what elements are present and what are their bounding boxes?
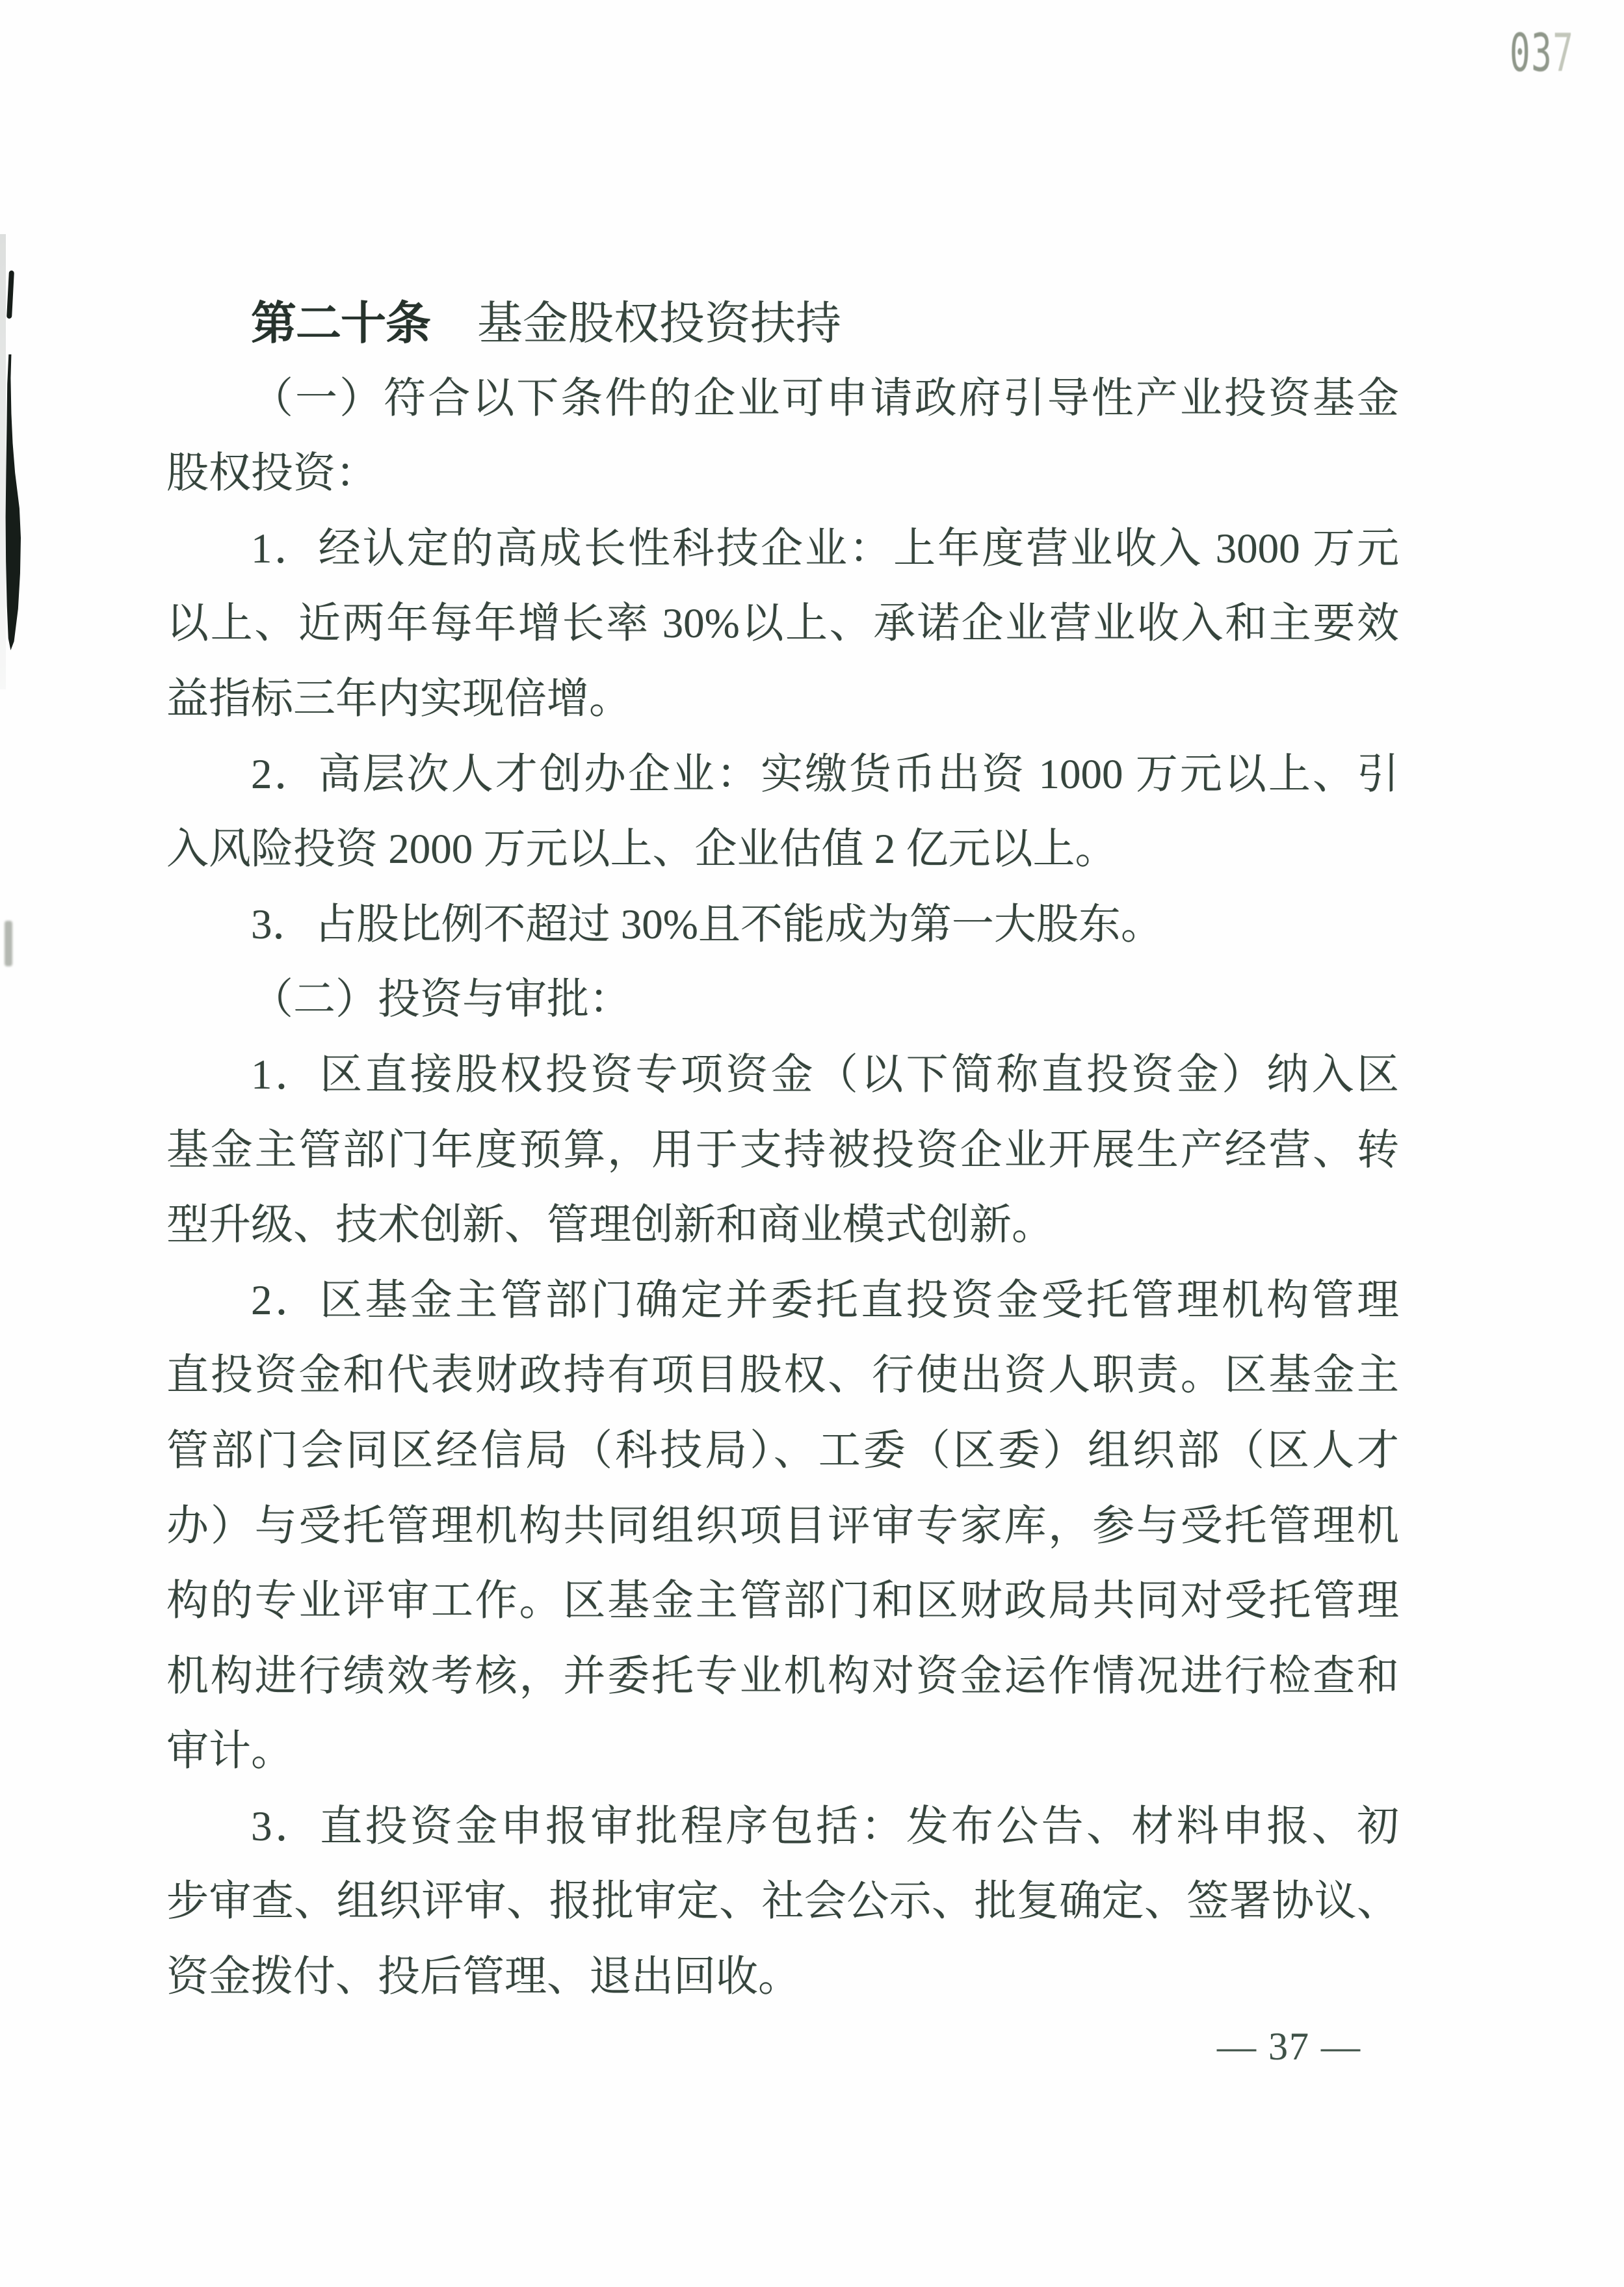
document-line: 步审查、组织评审、报批审定、社会公示、批复确定、签署协议、 [166,1864,1399,1940]
scan-artifact-dash [7,271,14,319]
document-line: （二）投资与审批： [166,962,1399,1038]
document-line: 股权投资： [166,436,1399,512]
article-number: 第二十条 [251,298,430,349]
article-title: 第二十条基金股权投资扶持 [166,286,1399,362]
page-number: — 37 — [1217,2024,1361,2069]
document-line: 管部门会同区经信局（科技局）、工委（区委）组织部（区人才 [166,1414,1399,1489]
document-line: 资金拨付、投后管理、退出回收。 [166,1940,1399,2015]
scan-edge-smear [0,234,6,689]
scan-artifact-blob [4,354,21,650]
document-line: 入风险投资 2000 万元以上、企业估值 2 亿元以上。 [166,812,1399,888]
document-line: 3．直投资金申报审批程序包括：发布公告、材料申报、初 [166,1790,1399,1865]
document-line: 构的专业评审工作。区基金主管部门和区财政局共同对受托管理 [166,1564,1399,1639]
document-line: 以上、近两年每年增长率 30%以上、承诺企业营业收入和主要效 [166,587,1399,662]
document-line: 2．区基金主管部门确定并委托直投资金受托管理机构管理 [166,1263,1399,1339]
document-body: （一）符合以下条件的企业可申请政府引导性产业投资基金股权投资：1．经认定的高成长… [166,362,1399,2015]
document-line: 直投资金和代表财政持有项目股权、行使出资人职责。区基金主 [166,1338,1399,1414]
document-line: 益指标三年内实现倍增。 [166,662,1399,737]
page-stamp: 037 [1510,22,1574,85]
document-line: 基金主管部门年度预算，用于支持被投资企业开展生产经营、转 [166,1113,1399,1189]
document-line: 1．经认定的高成长性科技企业：上年度营业收入 3000 万元 [166,512,1399,587]
scan-artifact-smudge [5,921,12,966]
document-line: 型升级、技术创新、管理创新和商业模式创新。 [166,1188,1399,1263]
document-line: 办）与受托管理机构共同组织项目评审专家库，参与受托管理机 [166,1489,1399,1565]
document-content: 第二十条基金股权投资扶持 （一）符合以下条件的企业可申请政府引导性产业投资基金股… [166,286,1399,2015]
document-line: 1．区直接股权投资专项资金（以下简称直投资金）纳入区 [166,1038,1399,1113]
document-line: （一）符合以下条件的企业可申请政府引导性产业投资基金 [166,362,1399,437]
article-subject: 基金股权投资扶持 [477,299,841,349]
scanned-page: 037 第二十条基金股权投资扶持 （一）符合以下条件的企业可申请政府引导性产业投… [0,0,1624,2287]
document-line: 审计。 [166,1714,1399,1790]
document-line: 3．占股比例不超过 30%且不能成为第一大股东。 [166,888,1399,963]
document-line: 2．高层次人才创办企业：实缴货币出资 1000 万元以上、引 [166,737,1399,813]
document-line: 机构进行绩效考核，并委托专业机构对资金运作情况进行检查和 [166,1639,1399,1715]
